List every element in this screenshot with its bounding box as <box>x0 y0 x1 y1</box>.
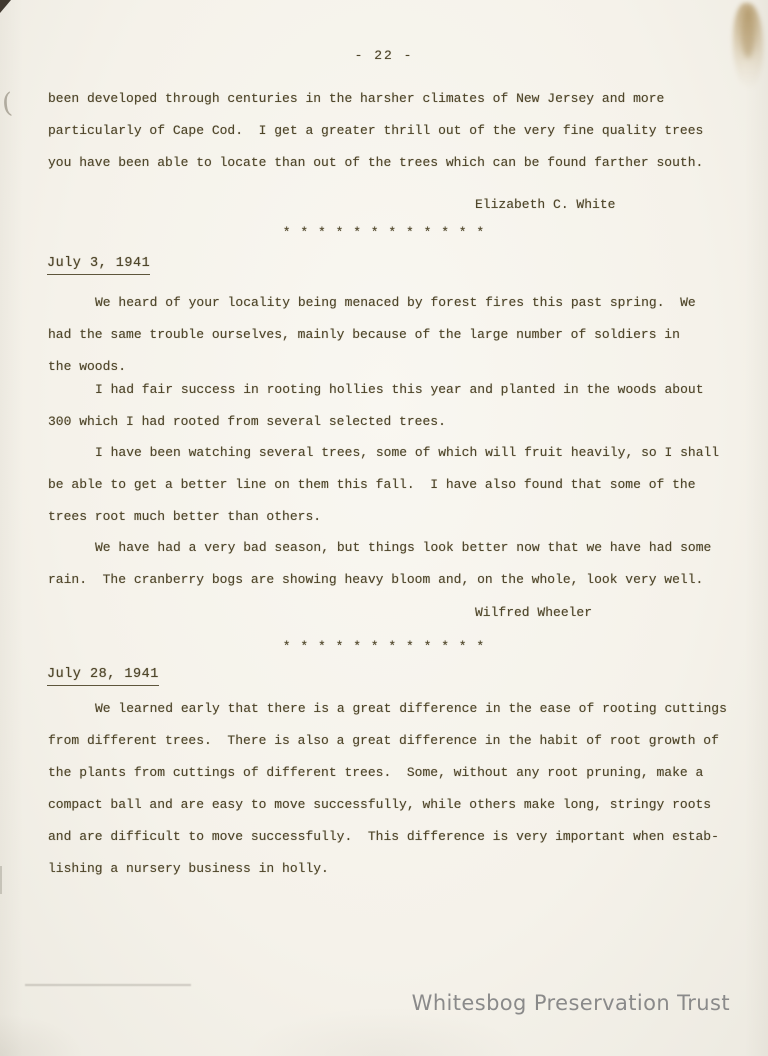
pencil-mark: ( <box>1 88 14 120</box>
letter-date-heading-july-3: July 3, 1941 <box>47 255 150 275</box>
letter-paragraph: We have had a very bad season, but thing… <box>48 532 740 596</box>
scan-corner-artifact <box>0 0 11 13</box>
scan-shadow-line <box>25 984 191 986</box>
letter-paragraph: I had fair success in rooting hollies th… <box>48 374 740 438</box>
signature-elizabeth-white: Elizabeth C. White <box>475 196 615 214</box>
signature-wilfred-wheeler: Wilfred Wheeler <box>475 604 592 622</box>
archive-watermark: Whitesbog Preservation Trust <box>412 991 730 1015</box>
intro-paragraph: been developed through centuries in the … <box>48 83 740 179</box>
scanned-document-page: ( - 22 - been developed through centurie… <box>0 0 768 1056</box>
asterisk-separator: * * * * * * * * * * * * <box>0 638 768 656</box>
letter-date-heading-july-28: July 28, 1941 <box>47 666 159 686</box>
scan-edge-line <box>0 866 2 894</box>
letter-paragraph: We learned early that there is a great d… <box>48 693 740 885</box>
page-number: - 22 - <box>0 40 768 72</box>
asterisk-separator: * * * * * * * * * * * * <box>0 224 768 242</box>
letter-paragraph: We heard of your locality being menaced … <box>48 287 740 383</box>
letter-paragraph: I have been watching several trees, some… <box>48 437 740 533</box>
